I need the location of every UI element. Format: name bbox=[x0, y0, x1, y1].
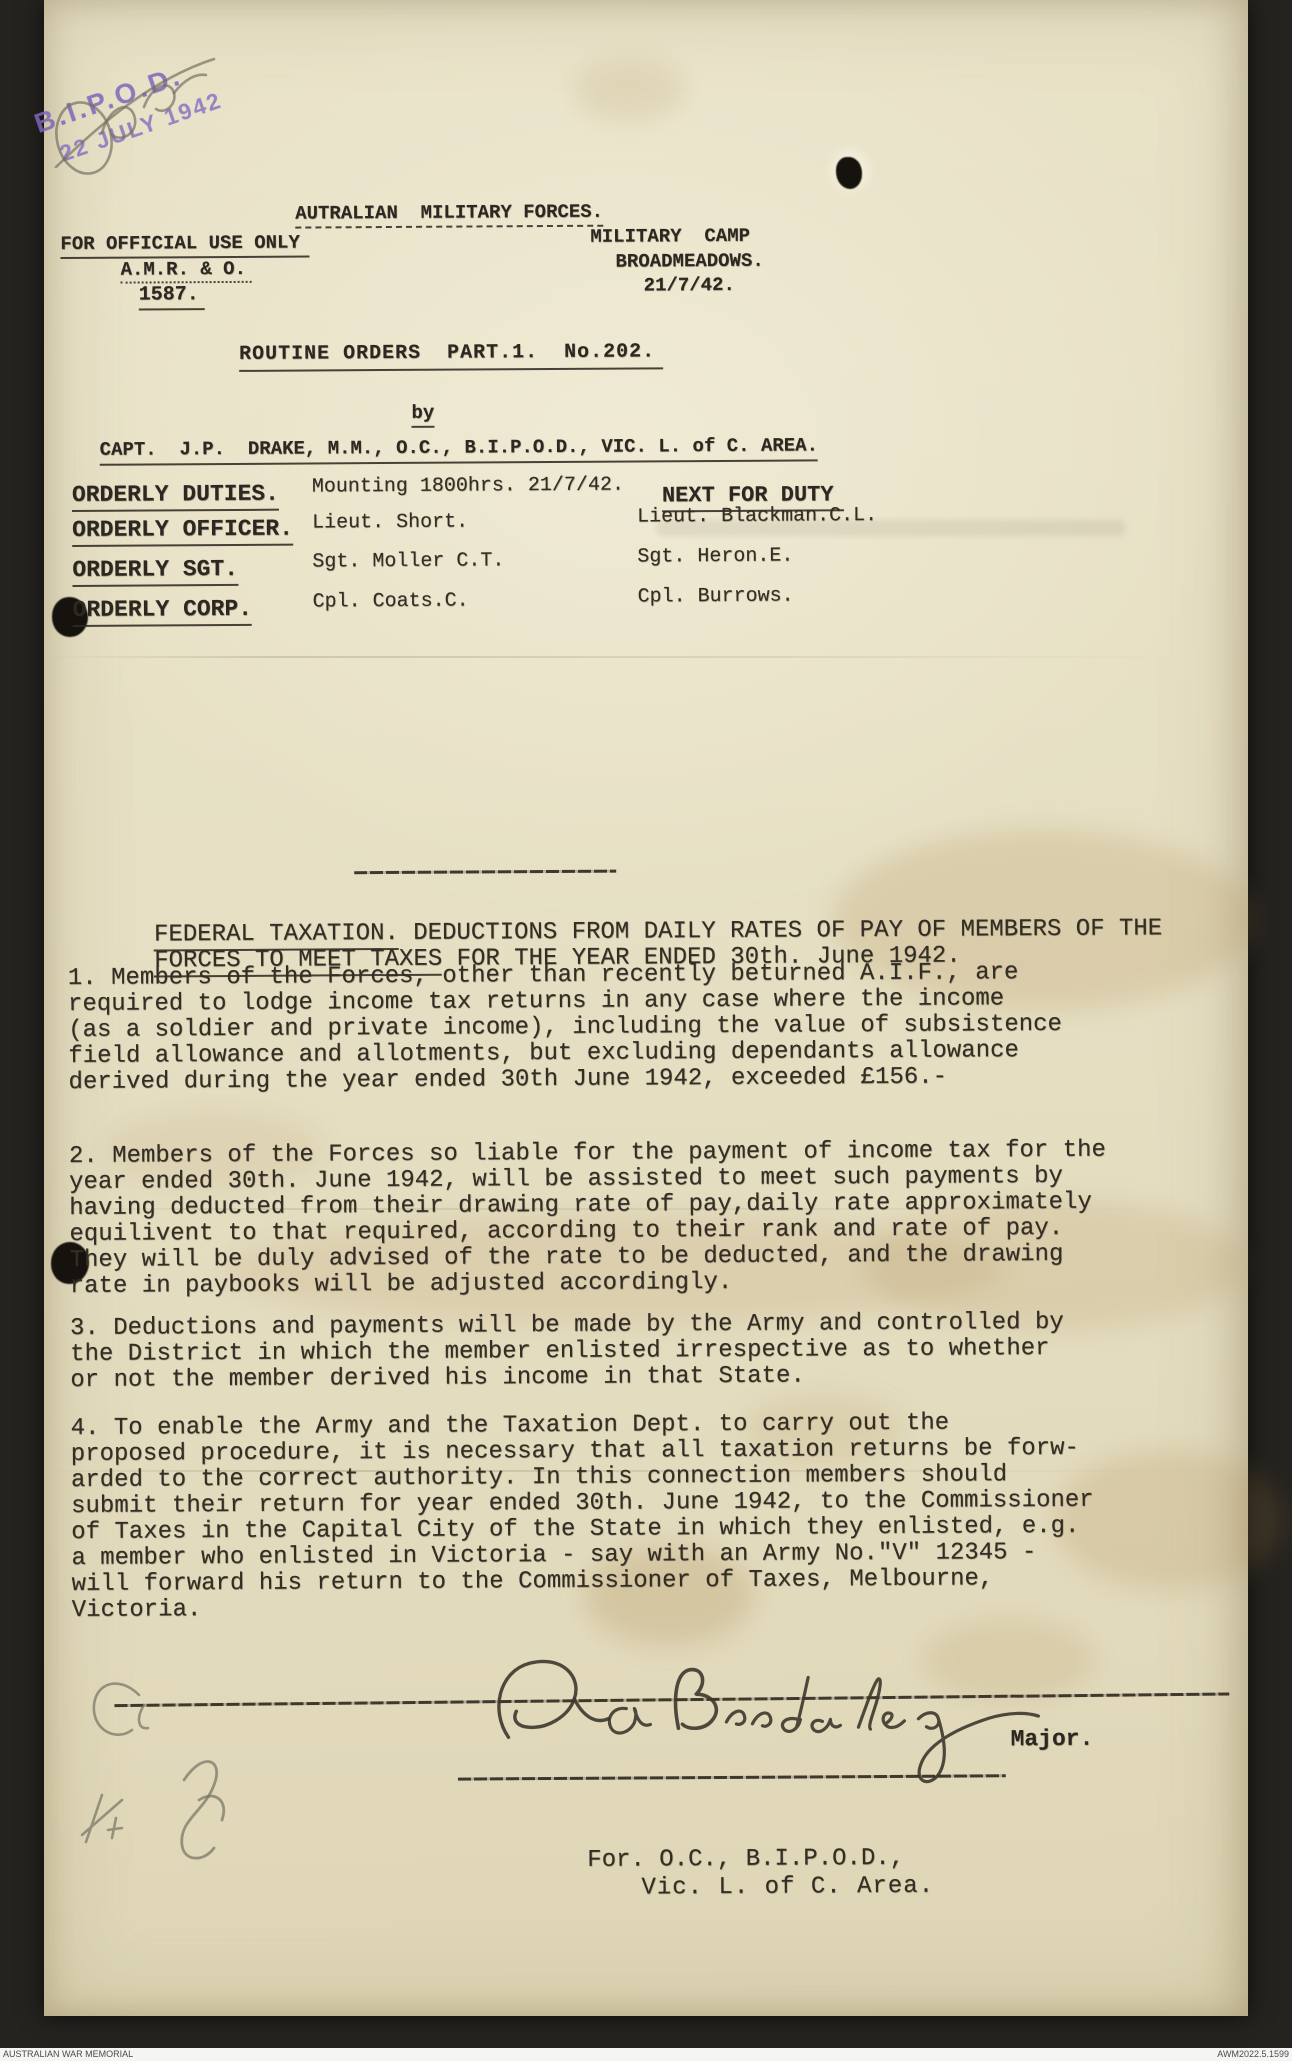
official-use-label: FOR OFFICIAL USE ONLY bbox=[60, 231, 310, 259]
document-title: ROUTINE ORDERS PART.1. No.202. bbox=[239, 340, 663, 372]
signatory-rank: Major. bbox=[1010, 1726, 1093, 1753]
camp-name-line2: BROADMEADOWS. bbox=[615, 250, 763, 273]
duty-row-label: ORDERLY OFFICER. bbox=[72, 516, 293, 547]
duty-row-next: Sgt. Heron.E. bbox=[637, 545, 793, 569]
camp-date: 21/7/42. bbox=[644, 274, 735, 297]
amro-number: 1587. bbox=[139, 283, 205, 310]
order-paragraph-4: 4. To enable the Army and the Taxation D… bbox=[71, 1410, 1095, 1624]
duty-row-value: Sgt. Moller C.T. bbox=[312, 549, 504, 573]
order-paragraph-2: 2. Members of the Forces so liable for t… bbox=[69, 1138, 1107, 1300]
duty-row-value: Cpl. Coats.C. bbox=[313, 590, 469, 614]
issuing-officer-line: CAPT. J.P. DRAKE, M.M., O.C., B.I.P.O.D.… bbox=[100, 434, 818, 465]
archive-source-label: AUSTRALIAN WAR MEMORIAL bbox=[3, 2048, 133, 2061]
by-label: by bbox=[411, 402, 434, 428]
duty-row-value: Lieut. Short. bbox=[312, 511, 468, 535]
signature-handwriting bbox=[478, 1634, 1099, 1808]
amro-label: A.M.R. & O. bbox=[120, 258, 252, 284]
duty-row-label: ORDERLY DUTIES. bbox=[72, 481, 279, 512]
order-paragraph-1: 1. Members of the Forces, other than rec… bbox=[68, 960, 1063, 1096]
pencil-annotation-bottom bbox=[64, 1650, 284, 1880]
duty-row-label: ORDERLY CORP. bbox=[73, 596, 253, 627]
duty-row-label: ORDERLY SGT. bbox=[72, 556, 238, 587]
document-paper: B.I.P.O.D. 22 JULY 1942 AUTRALIAN MILITA… bbox=[44, 0, 1248, 2016]
duty-row-next: Lieut. Blackman.C.L. bbox=[637, 504, 877, 528]
archive-id-label: AWM2022.5.1599 bbox=[1217, 2048, 1289, 2061]
order-paragraph-3: 3. Deductions and payments will be made … bbox=[70, 1310, 1064, 1394]
duty-row-next: Cpl. Burrows. bbox=[637, 585, 793, 609]
signature-for-line2: Vic. L. of C. Area. bbox=[641, 1873, 934, 1902]
duty-row-value: Mounting 1800hrs. 21/7/42. bbox=[312, 474, 624, 499]
section-divider-rule bbox=[354, 870, 616, 874]
org-heading: AUTRALIAN MILITARY FORCES. bbox=[295, 201, 603, 229]
camp-name-line1: MILITARY CAMP bbox=[590, 225, 750, 248]
signature-for-line1: For. O.C., B.I.P.O.D., bbox=[587, 1845, 904, 1874]
archive-caption-strip: AUSTRALIAN WAR MEMORIAL AWM2022.5.1599 bbox=[0, 2048, 1292, 2061]
